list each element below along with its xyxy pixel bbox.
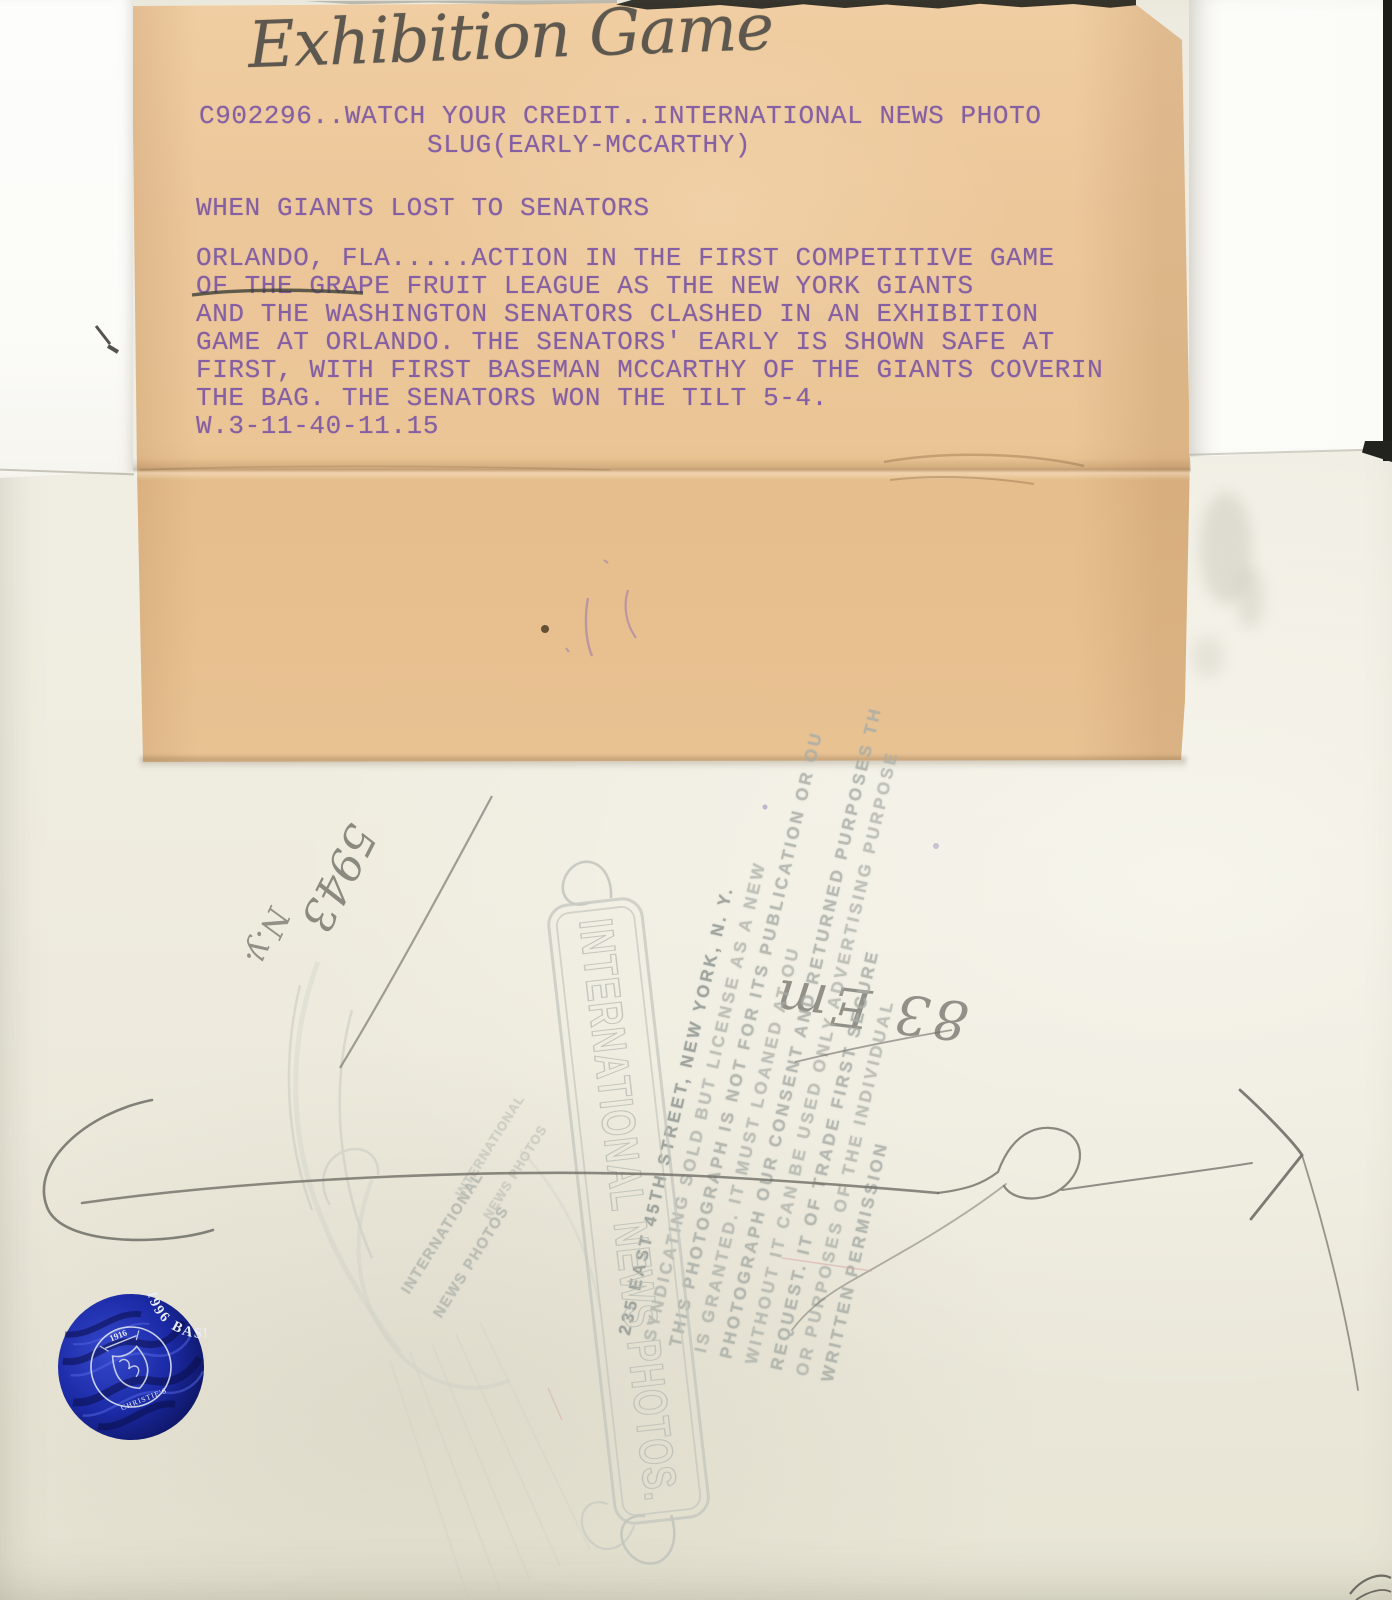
- hologram-sticker: BASEBALL MAGAZINE ORIGINAL 1996 1916 CHR…: [56, 1292, 206, 1442]
- scratch-mark: [782, 1258, 872, 1271]
- ink-underline: [192, 290, 363, 295]
- margin-speck: [96, 326, 118, 352]
- pencil-underline: [795, 1030, 952, 1062]
- ink-smudges: [566, 560, 636, 656]
- ink-speck: [763, 805, 768, 810]
- corner-pencil-scribble: [1350, 1576, 1391, 1600]
- scratch-mark: [548, 1388, 562, 1420]
- slip-wrinkles: [140, 455, 1084, 484]
- inp-banner-stamp: INTERNATIONAL NEWS PHOTOS.: [508, 856, 716, 1571]
- pencil-arrow: [44, 1090, 1358, 1390]
- scanned-press-photo-verso: Exhibition Game C902296..WATCH YOUR CRED…: [0, 0, 1392, 1600]
- pencil-slash: [340, 796, 492, 1068]
- stamps-and-pencil-overlay: INTERNATIONAL NEWS PHOTOS.: [0, 0, 1392, 1600]
- banner-stamp-text: INTERNATIONAL NEWS PHOTOS.: [569, 916, 688, 1504]
- paper-fleck: [541, 625, 549, 633]
- ink-speck: [933, 843, 939, 849]
- inp-eagle-stamp-icon: [289, 962, 600, 1598]
